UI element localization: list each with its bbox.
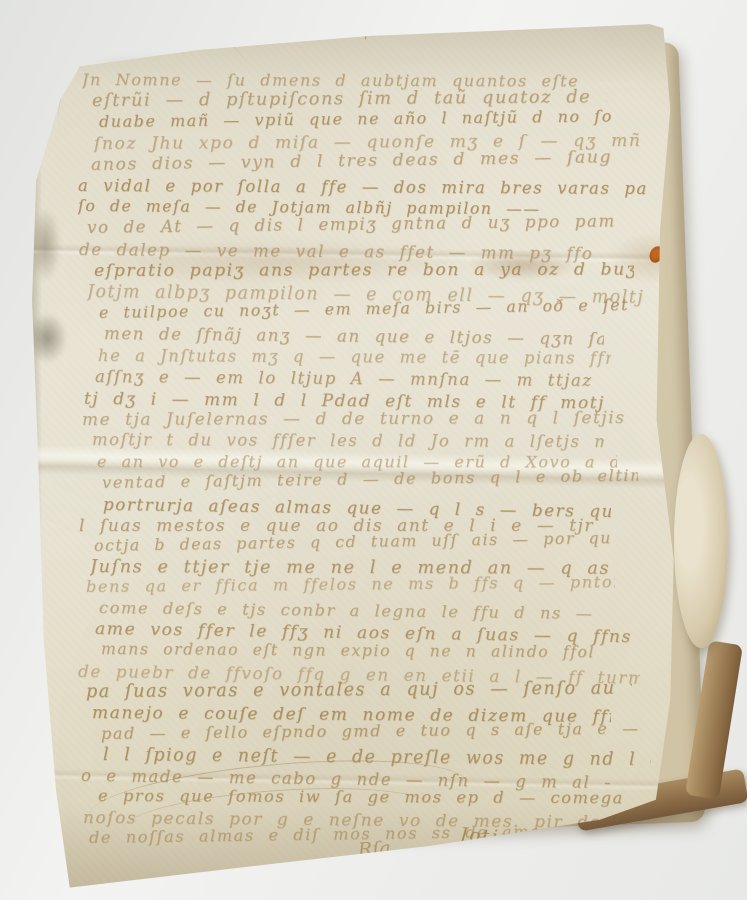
second-sheet-curled-edge [674, 434, 728, 648]
notary-flourish: Rſa [357, 837, 391, 861]
manuscript-line: he a Jnſtutas mʒ q — que me tē que pians… [98, 346, 611, 368]
dark-edge-stain [28, 314, 66, 362]
manuscript-line: eſpratio papiʒ ans partes re bon a ya oz… [94, 259, 634, 280]
dark-edge-stain-upper [30, 210, 60, 280]
manuscript-photograph: + Jn Nomne — ſu dmens d aubtjam quantos … [0, 0, 747, 900]
manuscript-line: mans ordenao eſt ngn expio q ne n alindo… [101, 640, 642, 662]
parchment-page: + Jn Nomne — ſu dmens d aubtjam quantos … [28, 22, 712, 892]
manuscript-line: moſtjr t du vos ffſer les d ld Jo rm a l… [92, 430, 604, 451]
manuscript-line: a vidal e por ſolla a ffe — dos mira bre… [78, 176, 647, 198]
signature: Jotjam albernjʒ [460, 824, 691, 861]
manuscript-line: me tja Juſelernas — d de turno e a n q l… [82, 407, 634, 429]
manuscript-line: pa ſuas voras e vontales a quj os — ſenſ… [86, 678, 632, 702]
manuscript-line: aſſnʒ e — em lo ltjup A — mnſna — m ttja… [95, 367, 628, 390]
